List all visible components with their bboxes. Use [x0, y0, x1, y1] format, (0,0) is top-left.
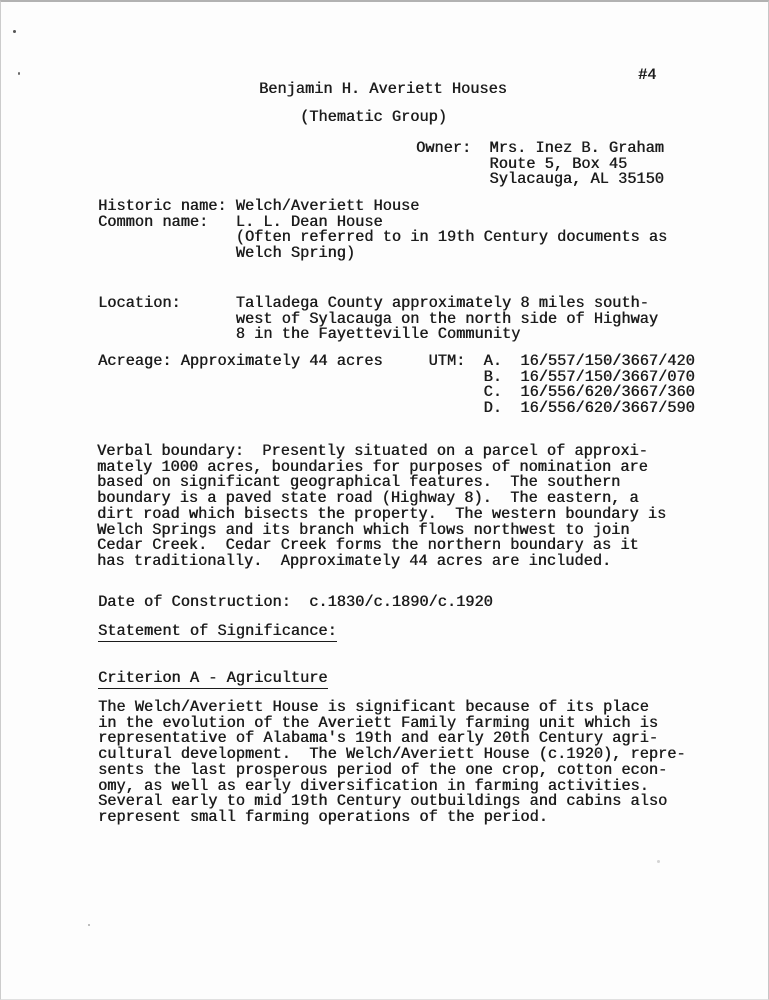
scan-speck — [88, 924, 90, 926]
date-of-construction: Date of Construction: c.1830/c.1890/c.19… — [98, 595, 493, 611]
document-page: #4 Benjamin H. Averiett Houses (Thematic… — [0, 0, 769, 1000]
scan-speck — [18, 72, 20, 75]
verbal-boundary-block: Verbal boundary: Presently situated on a… — [97, 444, 666, 570]
significance-paragraph: The Welch/Averiett House is significant … — [98, 700, 686, 826]
document-title: Benjamin H. Averiett Houses — [259, 82, 507, 98]
owner-block: Owner: Mrs. Inez B. Graham Route 5, Box … — [416, 141, 664, 188]
scan-speck — [13, 30, 16, 33]
acreage-utm-block: Acreage: Approximately 44 acres UTM: A. … — [98, 354, 695, 417]
names-block: Historic name: Welch/Averiett House Comm… — [98, 199, 667, 262]
page-number: #4 — [638, 68, 656, 84]
criterion-a-heading: Criterion A - Agriculture — [98, 671, 328, 689]
document-subtitle: (Thematic Group) — [300, 110, 447, 126]
location-block: Location: Talladega County approximately… — [98, 296, 658, 343]
statement-of-significance-heading: Statement of Significance: — [98, 624, 337, 642]
scan-speck — [657, 860, 660, 863]
